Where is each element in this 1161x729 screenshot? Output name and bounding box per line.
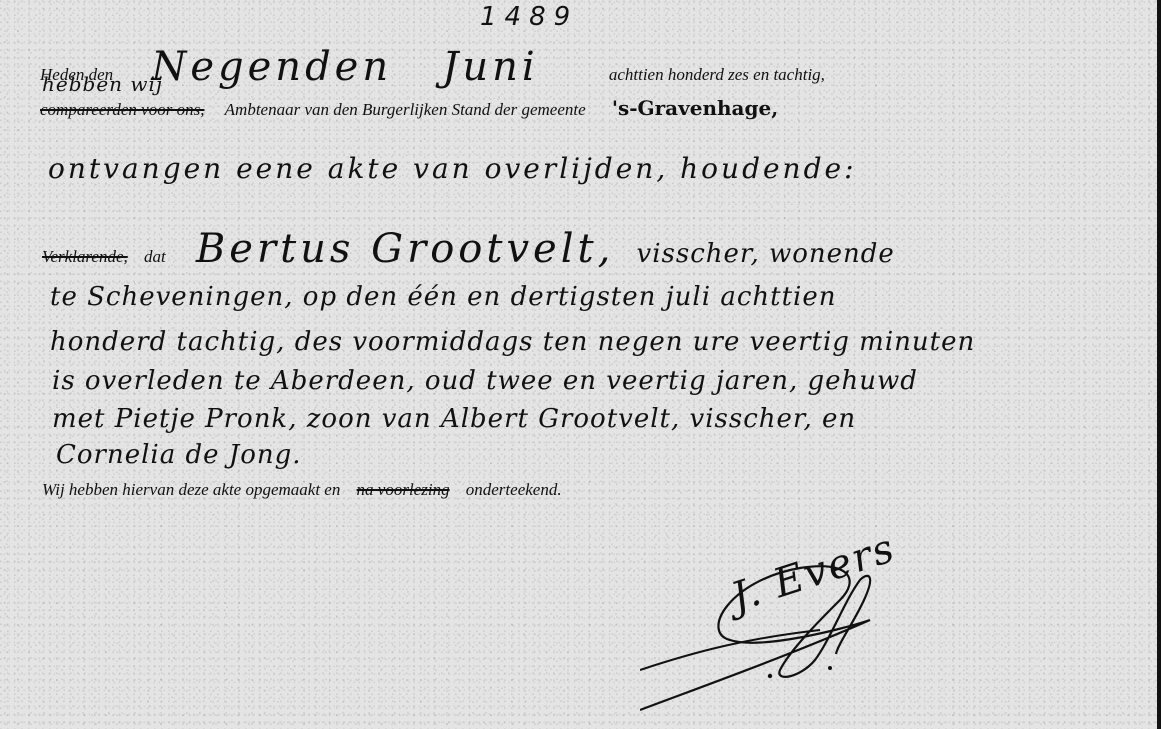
record-year: achttien honderd zes en tachtig, bbox=[609, 65, 825, 84]
line-8: met Pietje Pronk, zoon van Albert Grootv… bbox=[52, 404, 856, 434]
inserted-hebben-wij: hebben wij bbox=[42, 72, 163, 96]
line-7: is overleden te Aberdeen, oud twee en ve… bbox=[52, 366, 918, 396]
official-title: Ambtenaar van den Burgerlijken Stand der… bbox=[225, 100, 586, 119]
page-edge-border bbox=[1157, 0, 1161, 729]
line-2: compareerden voor ons, Ambtenaar van den… bbox=[40, 96, 778, 120]
municipality: 's-Gravenhage, bbox=[612, 96, 778, 120]
line-4: Verklarende, dat Bertus Grootvelt, vissc… bbox=[42, 226, 895, 272]
line-4-prefix: dat bbox=[144, 247, 166, 266]
death-day: Negenden bbox=[151, 44, 392, 90]
deceased-name: Bertus Grootvelt, bbox=[196, 226, 614, 272]
occupation-residence: visscher, wonende bbox=[637, 239, 895, 269]
struck-verklarende: Verklarende, bbox=[42, 247, 128, 266]
record-number: 1489 bbox=[480, 2, 578, 32]
closing-signed: onderteekend. bbox=[466, 480, 562, 499]
line-3: ontvangen eene akte van overlijden, houd… bbox=[48, 152, 857, 185]
struck-na-voorlezing: na voorlezing bbox=[357, 480, 450, 499]
document-page: 1489 Heden den Negenden Juni achttien ho… bbox=[0, 0, 1161, 729]
line-10: Wij hebben hiervan deze akte opgemaakt e… bbox=[42, 480, 562, 500]
death-month: Juni bbox=[442, 44, 538, 90]
struck-compareerden: compareerden voor ons, bbox=[40, 100, 204, 119]
line-9: Cornelia de Jong. bbox=[56, 440, 302, 470]
line-5: te Scheveningen, op den één en dertigste… bbox=[50, 282, 836, 312]
closing-text: Wij hebben hiervan deze akte opgemaakt e… bbox=[42, 480, 340, 499]
line-6: honderd tachtig, des voormiddags ten neg… bbox=[50, 327, 975, 357]
